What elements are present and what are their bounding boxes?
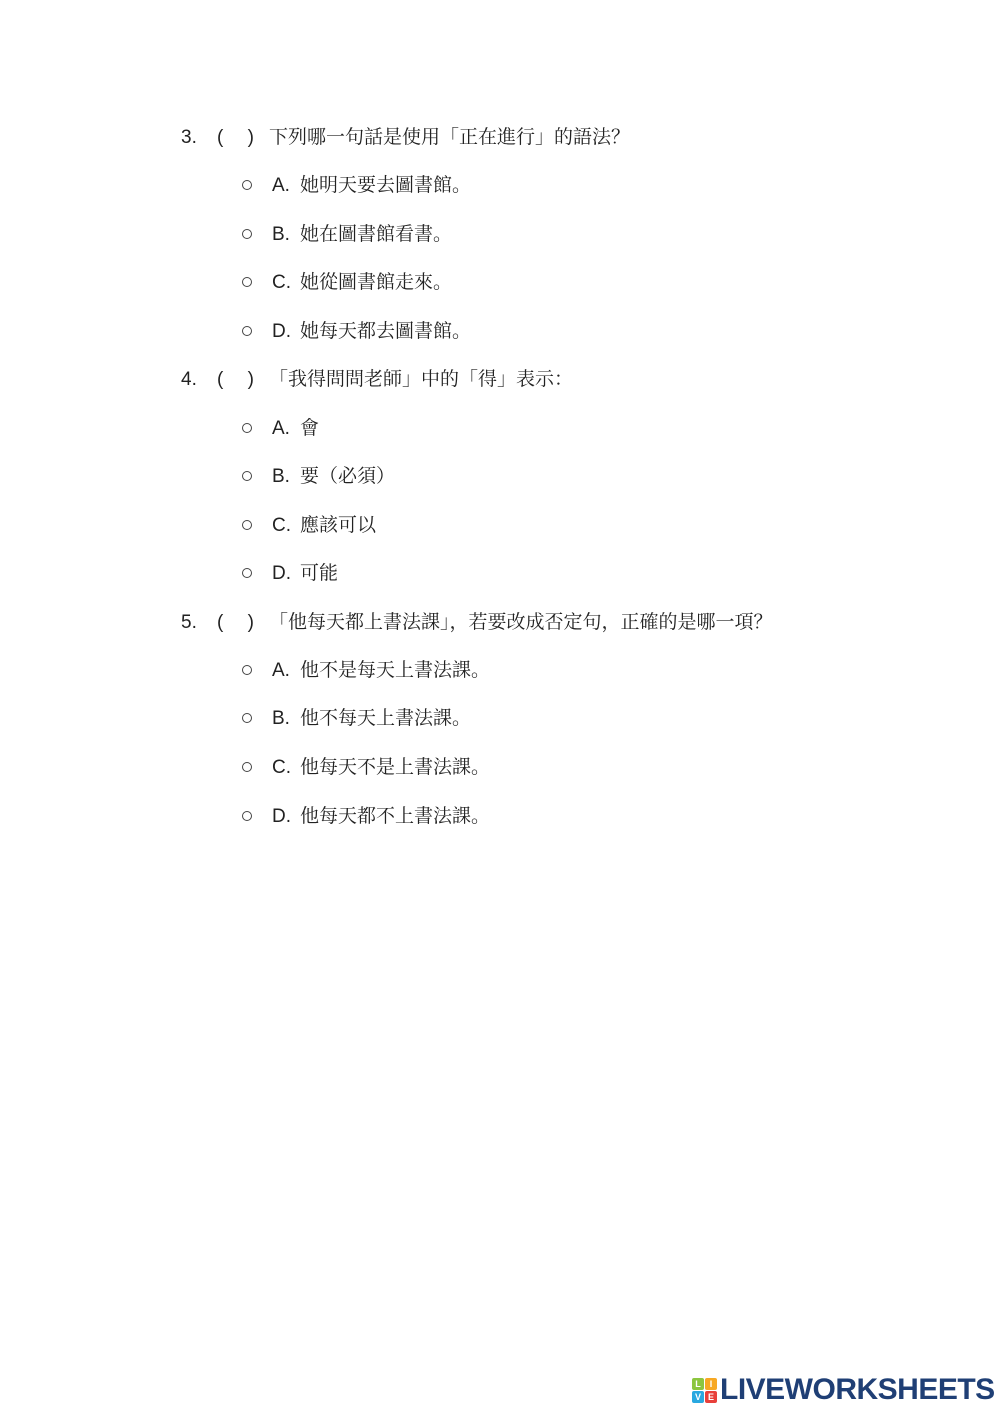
- radio-icon[interactable]: [242, 326, 252, 336]
- option-3c[interactable]: C.她從圖書館走來。: [242, 271, 452, 295]
- radio-icon[interactable]: [242, 277, 252, 287]
- radio-icon[interactable]: [242, 713, 252, 723]
- radio-icon[interactable]: [242, 423, 252, 433]
- radio-icon[interactable]: [242, 471, 252, 481]
- logo-letter-i: I: [705, 1378, 717, 1390]
- option-4c[interactable]: C.應該可以: [242, 514, 376, 538]
- option-5d[interactable]: D.他每天都不上書法課。: [242, 805, 490, 829]
- option-3a[interactable]: A.她明天要去圖書館。: [242, 174, 471, 198]
- logo-letter-v: V: [692, 1391, 704, 1403]
- question-5: 5.( )「他每天都上書法課」，若要改成否定句，正確的是哪一項？: [181, 611, 773, 635]
- logo-letter-e: E: [705, 1391, 717, 1403]
- option-3d[interactable]: D.她每天都去圖書館。: [242, 320, 471, 344]
- logo-letter-l: L: [692, 1378, 704, 1390]
- answer-blank[interactable]: ( ): [217, 126, 269, 150]
- option-5a[interactable]: A.他不是每天上書法課。: [242, 659, 490, 683]
- question-number: 4.: [181, 368, 217, 392]
- answer-blank[interactable]: ( ): [217, 611, 269, 635]
- liveworksheets-logo: L I V E LIVEWORKSHEETS: [692, 1376, 995, 1404]
- option-4b[interactable]: B.要（必須）: [242, 465, 395, 489]
- radio-icon[interactable]: [242, 665, 252, 675]
- question-text: 「他每天都上書法課」，若要改成否定句，正確的是哪一項？: [269, 612, 773, 633]
- radio-icon[interactable]: [242, 229, 252, 239]
- answer-blank[interactable]: ( ): [217, 368, 269, 392]
- option-5b[interactable]: B.他不每天上書法課。: [242, 707, 471, 731]
- option-4a[interactable]: A.會: [242, 417, 319, 441]
- option-5c[interactable]: C.他每天不是上書法課。: [242, 756, 490, 780]
- radio-icon[interactable]: [242, 762, 252, 772]
- question-number: 3.: [181, 126, 217, 150]
- radio-icon[interactable]: [242, 520, 252, 530]
- question-number: 5.: [181, 611, 217, 635]
- question-text: 下列哪一句話是使用「正在進行」的語法？: [269, 127, 630, 148]
- radio-icon[interactable]: [242, 568, 252, 578]
- option-4d[interactable]: D.可能: [242, 562, 338, 586]
- logo-text: LIVEWORKSHEETS: [720, 1373, 995, 1407]
- question-3: 3.( )下列哪一句話是使用「正在進行」的語法？: [181, 126, 630, 150]
- question-4: 4.( )「我得問問老師」中的「得」表示：: [181, 368, 573, 392]
- logo-grid-icon: L I V E: [692, 1378, 717, 1403]
- question-text: 「我得問問老師」中的「得」表示：: [269, 369, 573, 390]
- radio-icon[interactable]: [242, 811, 252, 821]
- option-3b[interactable]: B.她在圖書館看書。: [242, 223, 452, 247]
- radio-icon[interactable]: [242, 180, 252, 190]
